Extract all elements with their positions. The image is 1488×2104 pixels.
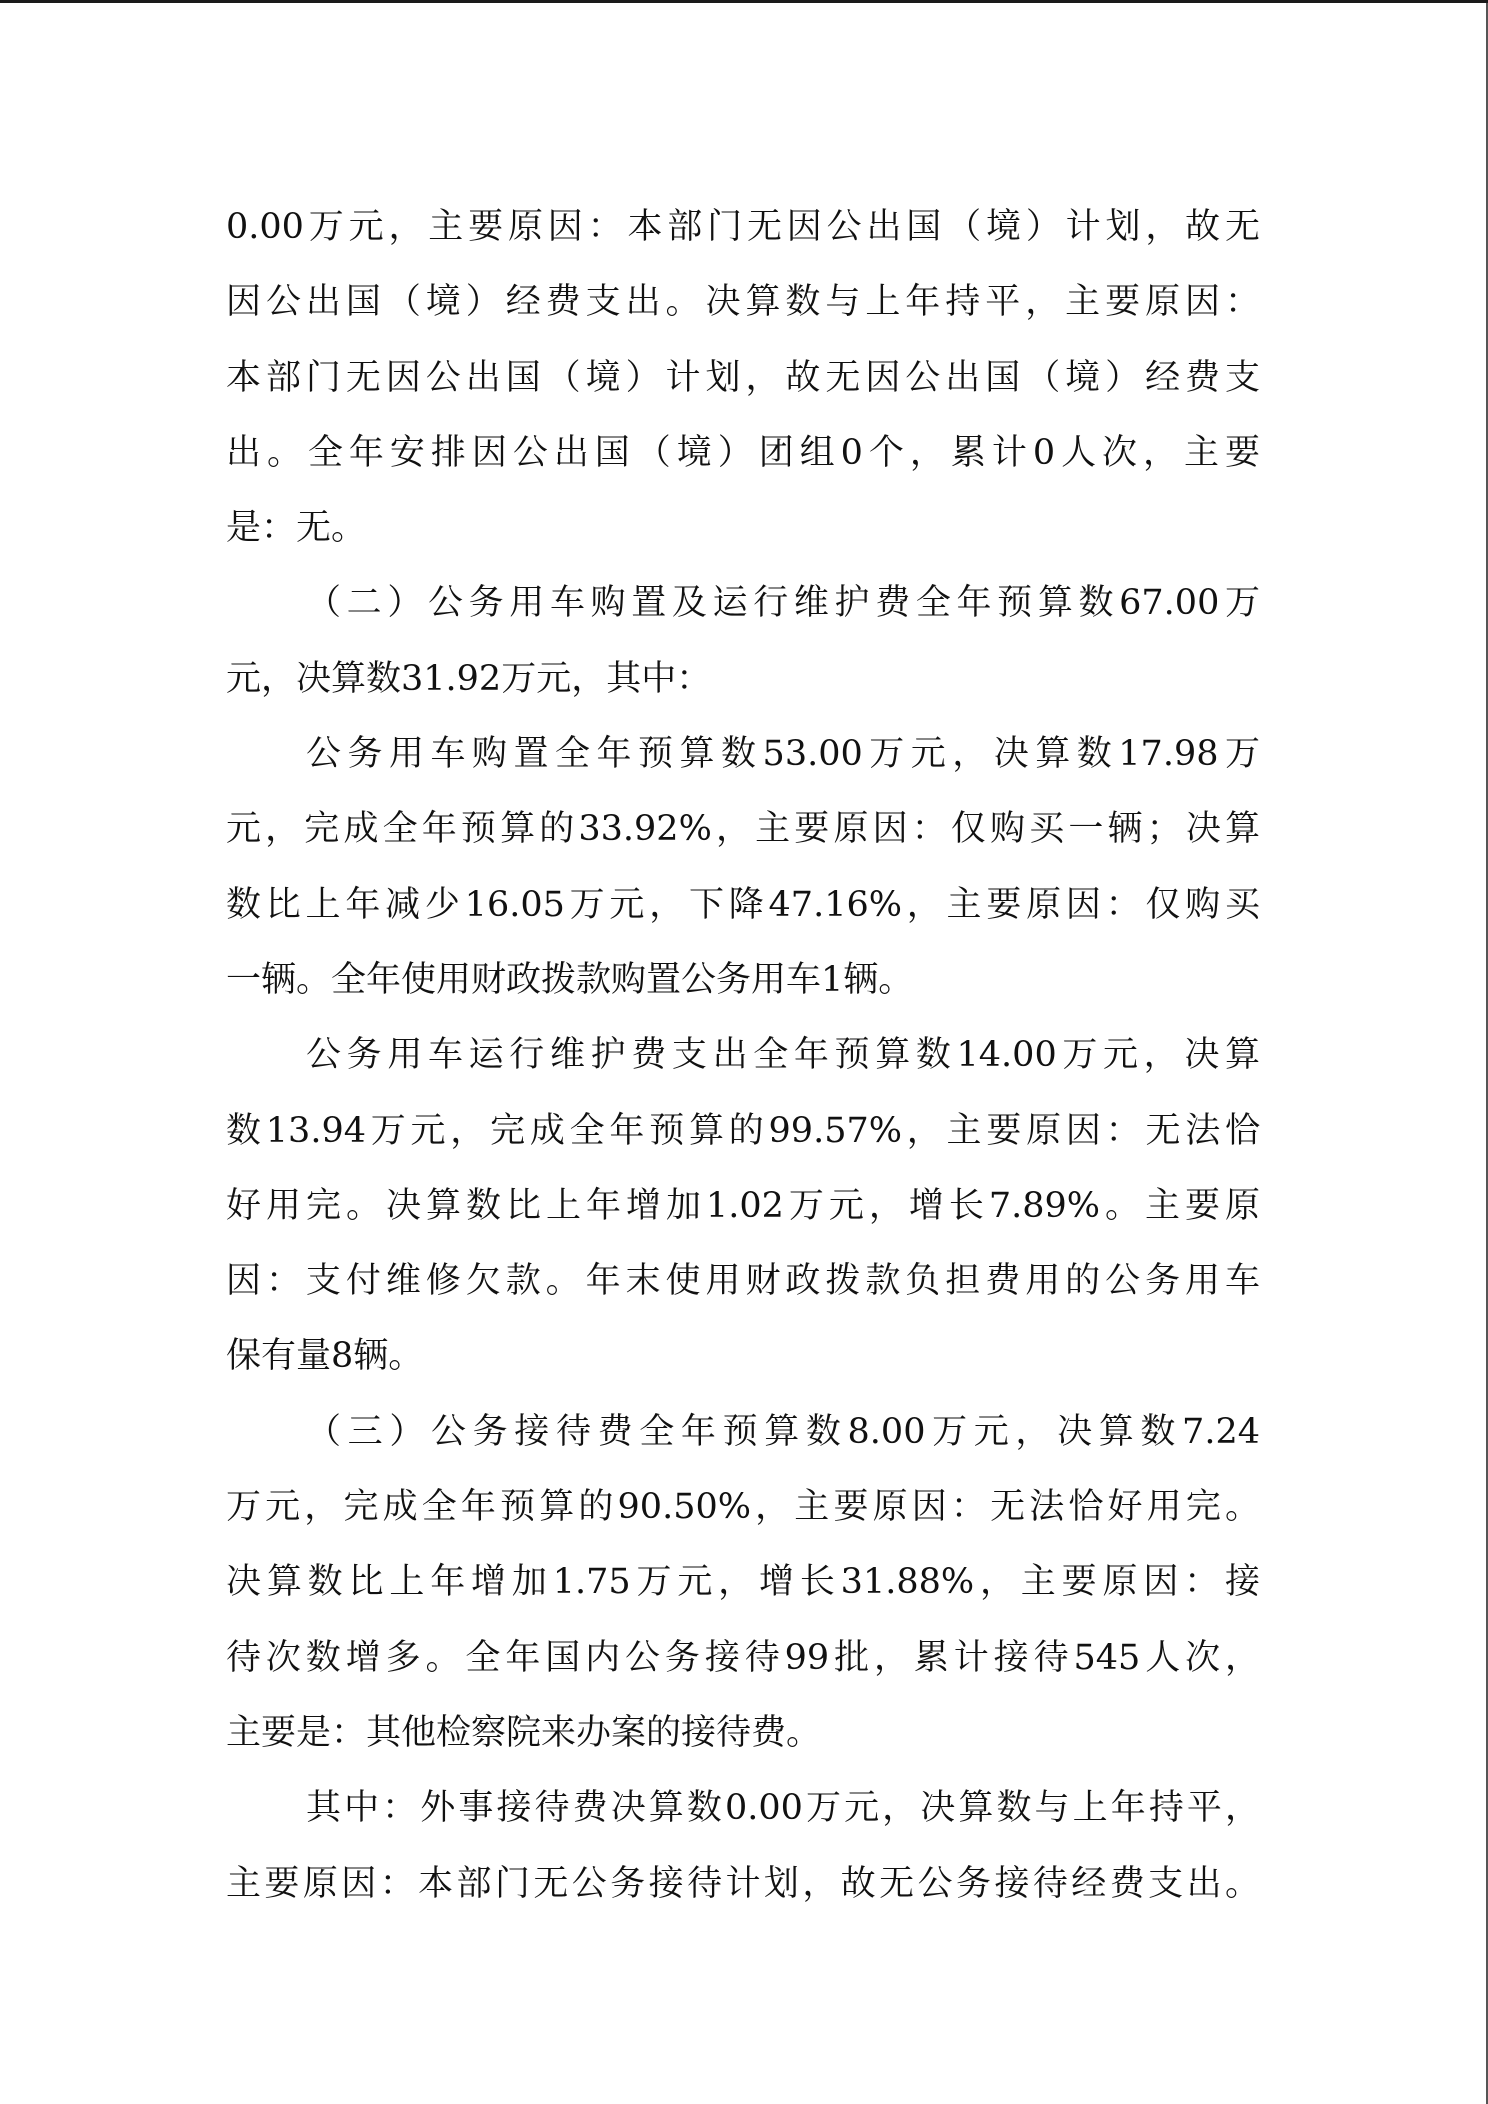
- text-line: 因：支付维修欠款。年末使用财政拨款负担费用的公务用车: [226, 1244, 1260, 1319]
- text-line: 元，完成全年预算的33.92%，主要原因：仅购买一辆；决算: [226, 792, 1260, 867]
- paragraph-outbound-travel: 0.00万元，主要原因：本部门无因公出国（境）计划，故无 因公出国（境）经费支出…: [226, 190, 1260, 566]
- text-line: 待次数增多。全年国内公务接待99批，累计接待545人次，: [226, 1621, 1260, 1696]
- text-line: （三）公务接待费全年预算数8.00万元，决算数7.24: [226, 1395, 1260, 1470]
- document-body: 0.00万元，主要原因：本部门无因公出国（境）计划，故无 因公出国（境）经费支出…: [226, 190, 1260, 1922]
- text-line: 主要是：其他检察院来办案的接待费。: [226, 1696, 1260, 1771]
- document-page: 0.00万元，主要原因：本部门无因公出国（境）计划，故无 因公出国（境）经费支出…: [0, 0, 1488, 2104]
- text-line: （二）公务用车购置及运行维护费全年预算数67.00万: [226, 566, 1260, 641]
- text-line: 一辆。全年使用财政拨款购置公务用车1辆。: [226, 943, 1260, 1018]
- text-line: 万元，完成全年预算的90.50%，主要原因：无法恰好用完。: [226, 1470, 1260, 1545]
- text-line: 元，决算数31.92万元，其中：: [226, 642, 1260, 717]
- text-line: 因公出国（境）经费支出。决算数与上年持平，主要原因：: [226, 265, 1260, 340]
- text-line: 公务用车购置全年预算数53.00万元，决算数17.98万: [226, 717, 1260, 792]
- text-line: 是：无。: [226, 491, 1260, 566]
- text-line: 决算数比上年增加1.75万元，增长31.88%，主要原因：接: [226, 1545, 1260, 1620]
- paragraph-vehicle-purchase: 公务用车购置全年预算数53.00万元，决算数17.98万 元，完成全年预算的33…: [226, 717, 1260, 1018]
- text-line: 主要原因：本部门无公务接待计划，故无公务接待经费支出。: [226, 1847, 1260, 1922]
- paragraph-foreign-reception: 其中：外事接待费决算数0.00万元，决算数与上年持平， 主要原因：本部门无公务接…: [226, 1771, 1260, 1922]
- text-line: 本部门无因公出国（境）计划，故无因公出国（境）经费支: [226, 341, 1260, 416]
- text-line: 数比上年减少16.05万元，下降47.16%，主要原因：仅购买: [226, 868, 1260, 943]
- paragraph-vehicle-total: （二）公务用车购置及运行维护费全年预算数67.00万 元，决算数31.92万元，…: [226, 566, 1260, 717]
- text-line: 数13.94万元，完成全年预算的99.57%，主要原因：无法恰: [226, 1094, 1260, 1169]
- text-line: 保有量8辆。: [226, 1319, 1260, 1394]
- paragraph-reception: （三）公务接待费全年预算数8.00万元，决算数7.24 万元，完成全年预算的90…: [226, 1395, 1260, 1771]
- text-line: 公务用车运行维护费支出全年预算数14.00万元，决算: [226, 1018, 1260, 1093]
- text-line: 其中：外事接待费决算数0.00万元，决算数与上年持平，: [226, 1771, 1260, 1846]
- paragraph-vehicle-maintenance: 公务用车运行维护费支出全年预算数14.00万元，决算 数13.94万元，完成全年…: [226, 1018, 1260, 1394]
- text-line: 出。全年安排因公出国（境）团组0个，累计0人次，主要: [226, 416, 1260, 491]
- text-line: 好用完。决算数比上年增加1.02万元，增长7.89%。主要原: [226, 1169, 1260, 1244]
- text-line: 0.00万元，主要原因：本部门无因公出国（境）计划，故无: [226, 190, 1260, 265]
